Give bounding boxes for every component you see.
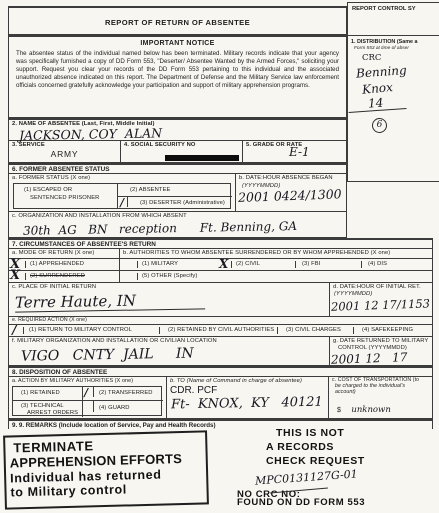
former-status-label: a. FORMER STATUS (X one) [9, 174, 235, 182]
found-on-dd553-stamp: FOUND ON DD FORM 553 [237, 497, 365, 508]
option-safekeeping: (4) SAFEKEEPING [353, 327, 413, 334]
absence-began-field: b. DATE:HOUR ABSENCE BEGAN (YYYYMMDD) 20… [236, 174, 347, 211]
place-of-return-row: c. PLACE OF INITIAL RETURN Terre Haute, … [8, 283, 433, 317]
service-value: ARMY [9, 149, 120, 159]
service-ssn-grade-row: 3. SERVICE ARMY 4. SOCIAL SECURITY NO 5.… [8, 141, 347, 163]
mode-of-return-label: a. MODE OF RETURN (X one) [12, 250, 94, 257]
cost-of-transportation-field: c. COST OF TRANSPORTATION (to be charged… [329, 377, 434, 418]
former-status-option-escaped: (1) ESCAPED OR SENTENCED PRISONER [14, 184, 118, 208]
action-by-military-field: a. ACTION BY MILITARY AUTHORITIES (X one… [9, 377, 167, 418]
military-org-row: f. MILITARY ORGANIZATION AND INSTALLATIO… [8, 337, 433, 366]
section7-checkbox-row2: X (2) SURRENDERED (5) OTHER (Specify) [8, 271, 433, 283]
absence-began-label: b. DATE:HOUR ABSENCE BEGAN [236, 174, 347, 182]
not-records-line3: CHECK REQUEST [266, 455, 365, 467]
form-title: REPORT OF RETURN OF ABSENTEE [9, 18, 346, 27]
option-surrendered: (2) SURRENDERED [25, 273, 85, 280]
terminate-apprehension-stamp: TERMINATE APPREHENSION EFFORTS Individua… [3, 430, 209, 509]
service-label: 3. SERVICE [9, 141, 120, 149]
initial-return-date-field: d. DATE:HOUR OF INITIAL RET. (YYYYMMDD) … [329, 283, 434, 316]
former-status-option-absentee: (2) ABSENTEE [118, 184, 232, 197]
option-retained: (1) RETAINED [13, 387, 83, 401]
to-command-label: b. TO (Name of Command in charge of abse… [167, 377, 328, 385]
scanned-form-report-of-return-of-absentee: REPORT OF RETURN OF ABSENTEE REPORT CONT… [0, 0, 439, 513]
transferred-checkmark: / [84, 386, 88, 399]
authorities-label: b. AUTHORITIES TO WHOM ABSENTEE SURRENDE… [123, 250, 390, 257]
return-to-military-checkmark: / [12, 323, 16, 337]
initial-return-date-value: 2001 12 17/1153 [331, 297, 434, 315]
option-technical-arrest: (3) TECHNICAL ARREST ORDERS [13, 401, 83, 417]
section6-status-row: a. FORMER STATUS (X one) (1) ESCAPED OR … [8, 174, 347, 212]
organization-value: 30th AG BN reception Ft. Benning, GA [23, 218, 346, 238]
required-action-options-row: / (1) RETURN TO MILITARY CONTROL (2) RET… [8, 325, 433, 337]
section7-header: 7. CIRCUMSTANCES OF ABSENTEE'S RETURN [8, 238, 433, 249]
option-other: (5) OTHER (Specify) [137, 273, 197, 280]
date-returned-value: 2001 12 17 [331, 350, 434, 368]
cost-currency: $ [337, 407, 341, 414]
ssn-field: 4. SOCIAL SECURITY NO [121, 141, 243, 162]
cost-label-3: account) [329, 390, 434, 396]
disposition-row: a. ACTION BY MILITARY AUTHORITIES (X one… [8, 377, 433, 419]
notice-body: The absentee status of the individual na… [9, 47, 346, 90]
absence-began-value: 2001 0424/1300 [238, 186, 347, 205]
required-action-label: e. REQUIRED ACTION (X one) [9, 317, 432, 324]
section9-header-row: 9. 9. REMARKS (Include location of Servi… [8, 419, 433, 429]
notice-title: IMPORTANT NOTICE [9, 40, 346, 47]
distribution-box: 1. DISTRIBUTION (Same a Form 553 at time… [347, 36, 439, 182]
option-apprehended: (1) APPREHENDED [25, 261, 84, 268]
distribution-hw-14: 14 [347, 92, 406, 113]
section8-header: 8. DISPOSITION OF ABSENTEE [8, 366, 433, 377]
name-field: 2. NAME OF ABSENTEE (Last, First, Middle… [8, 118, 347, 141]
option-civil: (2) CIVIL [231, 261, 260, 268]
option-fbi: (3) FBI [295, 261, 320, 268]
service-field: 3. SERVICE ARMY [9, 141, 121, 162]
former-status-option-deserter: / (3) DESERTER (Administrative) [118, 197, 232, 210]
to-command-value2: Ft- KNOX, KY 40121 [171, 394, 328, 412]
ssn-label: 4. SOCIAL SECURITY NO [121, 141, 242, 149]
option-transferred: / (2) TRANSFERRED [83, 387, 163, 401]
remarks-label: 9. 9. REMARKS (Include location of Servi… [9, 421, 432, 429]
option-guard: (4) GUARD [83, 401, 163, 417]
ssn-redaction-bar [165, 155, 239, 161]
deserter-checkmark: / [120, 196, 124, 209]
report-control-box: REPORT CONTROL SY [347, 2, 439, 36]
distribution-hw-circled-number: 6 [372, 118, 387, 133]
form-title-box: REPORT OF RETURN OF ABSENTEE [8, 6, 347, 36]
section6-header: 6. FORMER ABSENTEE STATUS [8, 163, 347, 174]
important-notice-box: IMPORTANT NOTICE The absentee status of … [8, 36, 347, 118]
distribution-label: 1. DISTRIBUTION (Same a [348, 36, 439, 45]
grade-field: 5. GRADE OR RATE E-1 [243, 141, 347, 162]
required-action-label-row: e. REQUIRED ACTION (X one) [8, 317, 433, 325]
cost-value: unknown [351, 405, 390, 415]
option-civil-charges: (3) CIVIL CHARGES [277, 327, 341, 334]
option-retained-civil: (2) RETAINED BY CIVIL AUTHORITIES [159, 327, 274, 334]
initial-return-date-label: d. DATE:HOUR OF INITIAL RET. [330, 283, 434, 291]
to-command-field: b. TO (Name of Command in charge of abse… [167, 377, 329, 418]
not-records-line1: THIS IS NOT [276, 427, 365, 439]
surrendered-checkmark: X [10, 268, 20, 283]
option-dis: (4) DIS [361, 261, 387, 268]
option-military: (1) MILITARY [137, 261, 178, 268]
place-of-return-value: Terre Haute, IN [15, 290, 205, 312]
section7-checkbox-row1: X (1) APPREHENDED (1) MILITARY X (2) CIV… [8, 259, 433, 271]
action-by-military-label: a. ACTION BY MILITARY AUTHORITIES (X one… [9, 377, 166, 384]
date-returned-field: g. DATE RETURNED TO MILITARY CONTROL (YY… [329, 337, 434, 365]
not-records-check-stamp: THIS IS NOT A RECORDS CHECK REQUEST [276, 427, 365, 467]
date-returned-label: g. DATE RETURNED TO MILITARY [330, 337, 434, 345]
grade-value: E-1 [289, 145, 347, 159]
option-return-to-military: (1) RETURN TO MILITARY CONTROL [23, 327, 132, 334]
not-records-line2: A RECORDS [266, 441, 365, 453]
former-status-field: a. FORMER STATUS (X one) (1) ESCAPED OR … [9, 174, 236, 211]
to-command-value1: CDR. PCF [170, 385, 328, 396]
civil-checkmark: X [219, 257, 228, 271]
report-control-label: REPORT CONTROL SY [348, 3, 439, 12]
organization-field: c. ORGANIZATION AND INSTALLATION FROM WH… [8, 212, 347, 238]
remarks-area: TERMINATE APPREHENSION EFFORTS Individua… [8, 429, 433, 513]
